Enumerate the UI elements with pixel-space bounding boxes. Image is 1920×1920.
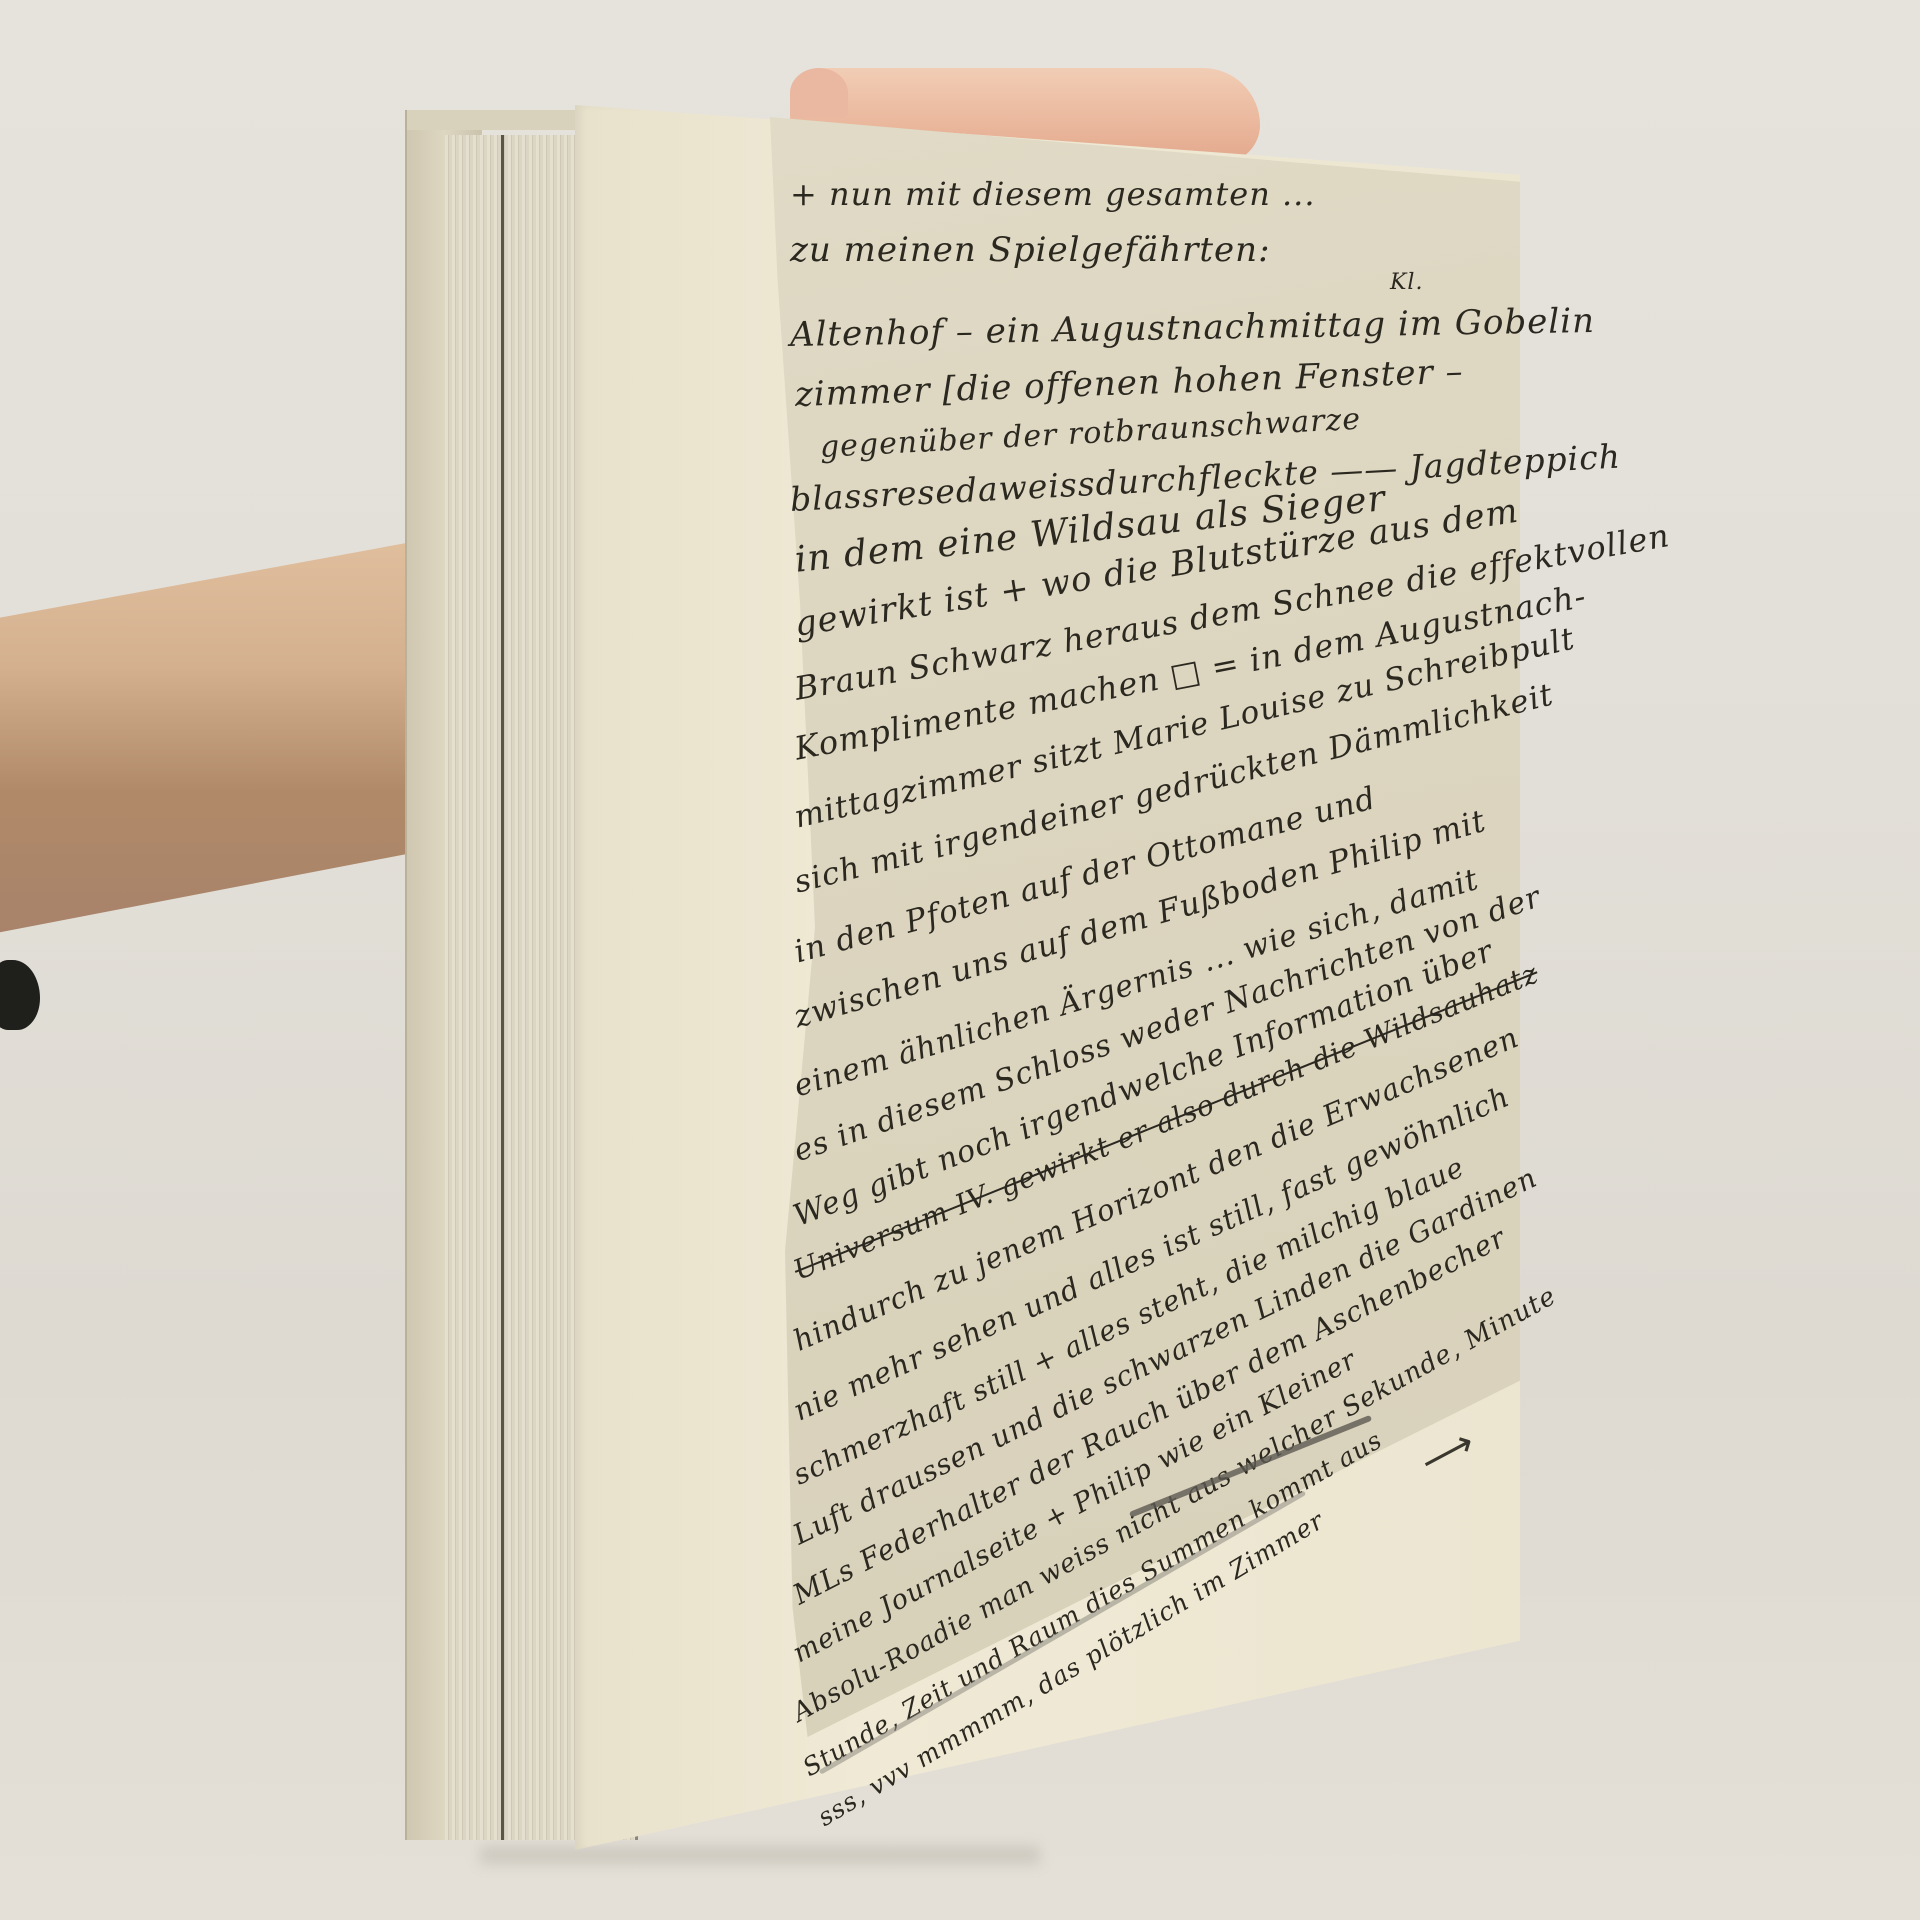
dark-sleeve (0, 960, 40, 1030)
photo-scene: + nun mit diesem gesamten ... zu meinen … (0, 0, 1920, 1920)
handwritten-text: + nun mit diesem gesamten ... zu meinen … (410, 75, 1120, 1675)
manuscript-line: + nun mit diesem gesamten ... (790, 175, 1315, 213)
manuscript-line: zu meinen Spielgefährten: (790, 230, 1271, 270)
arm (0, 520, 440, 940)
manuscript-line: Kl. (1390, 270, 1423, 295)
